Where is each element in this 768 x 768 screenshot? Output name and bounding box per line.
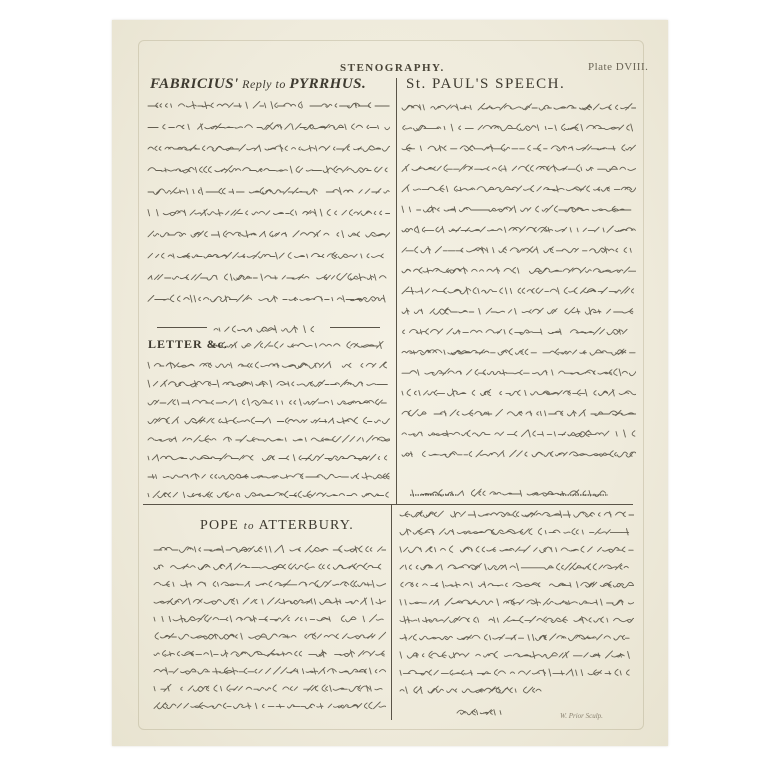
shorthand-continuation <box>398 505 634 705</box>
plate-number: Plate DVIII. <box>588 61 648 73</box>
letter-separator-left <box>157 327 207 328</box>
letter-separator-right <box>330 327 380 328</box>
title-part: FABRICIUS' <box>150 76 239 92</box>
section-title-fabricius: FABRICIUS' Reply to PYRRHUS. <box>150 76 366 93</box>
section-title-pope: POPE to ATTERBURY. <box>200 518 354 534</box>
shorthand-closing <box>455 703 505 719</box>
title-part: ATTERBURY. <box>255 518 354 533</box>
section-title-st-paul: St. PAUL'S SPEECH. <box>406 76 565 93</box>
title-part: to <box>244 520 255 532</box>
shorthand-st-paul <box>400 98 636 468</box>
shorthand-letter <box>146 356 390 500</box>
vertical-divider-upper <box>396 78 397 504</box>
shorthand-letter-first-line <box>206 336 390 354</box>
shorthand-paul-footer <box>410 484 610 500</box>
shorthand-fabricius <box>146 96 390 316</box>
vertical-divider-lower <box>391 505 392 720</box>
title-part: PYRRHUS. <box>289 76 366 92</box>
title-part: POPE <box>200 518 244 533</box>
engraver-signature: W. Prior Sculp. <box>560 712 603 720</box>
shorthand-pope <box>152 540 386 720</box>
plate-title: STENOGRAPHY. <box>340 62 445 74</box>
title-part: Reply to <box>239 77 290 91</box>
shorthand-letter-separator <box>212 320 322 336</box>
